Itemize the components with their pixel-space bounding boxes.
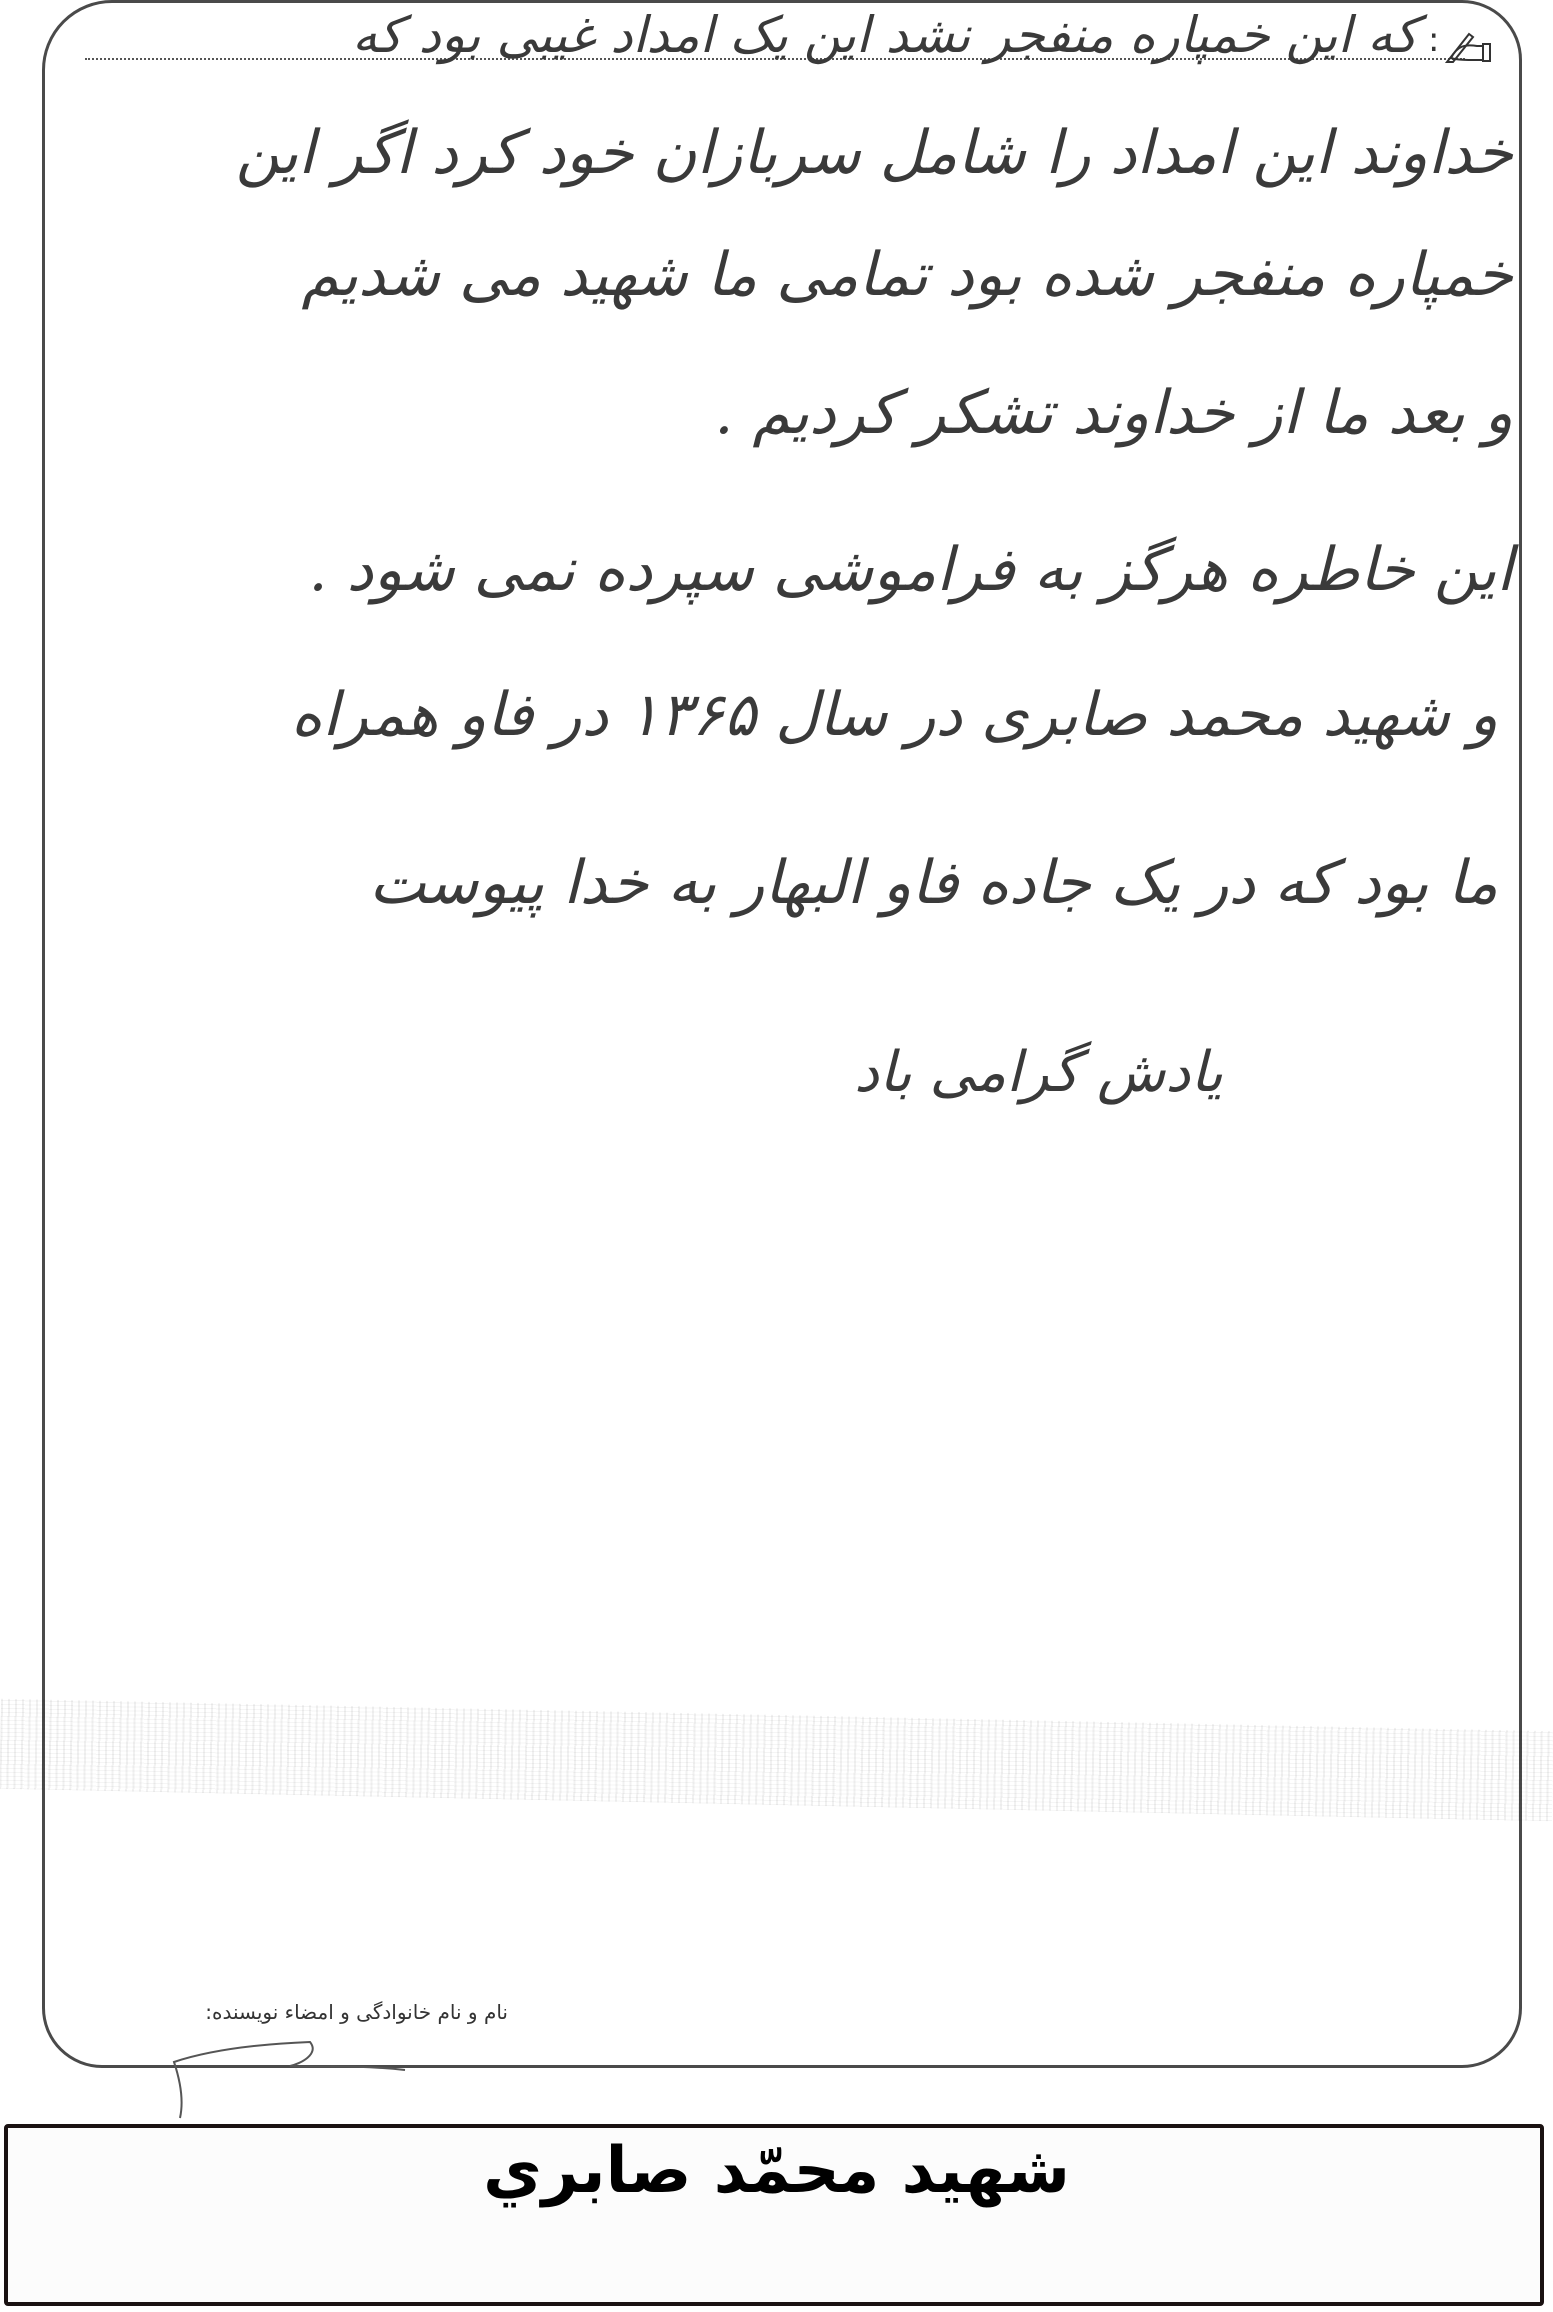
handwritten-line-6: و شهید محمد صابری در سال ۱۳۶۵ در فاو همر…: [291, 680, 1498, 750]
handwritten-line-3: خمپارە منفجر شدە بود تمامی ما شهید می شد…: [301, 240, 1513, 310]
writing-hand-icon: [1443, 28, 1491, 64]
handwritten-line-7: ما بود کە در یک جادە فاو البهار بە خدا پ…: [369, 848, 1498, 918]
author-signature-label: نام و نام خانوادگی و امضاء نویسنده:: [48, 2000, 508, 2024]
prompt-colon: :: [1428, 20, 1439, 60]
handwritten-closing-line: یادش گرامی باد: [854, 1040, 1223, 1105]
handwritten-line-5: این خاطرە هرگز بە فراموشی سپردە نمی شود …: [308, 535, 1513, 605]
handwritten-line-1: کە این خمپارە منفجر نشد این یک امداد غیب…: [352, 6, 1418, 64]
handwritten-line-4: و بعد ما از خداوند تشکر کردیم .: [714, 378, 1513, 448]
signature-scribble: [150, 2040, 410, 2120]
handwritten-line-2: خداوند این امداد را شامل سربازان خود کرد…: [236, 118, 1513, 188]
martyr-name-title: شهيد محمّد صابري: [0, 2134, 1553, 2208]
